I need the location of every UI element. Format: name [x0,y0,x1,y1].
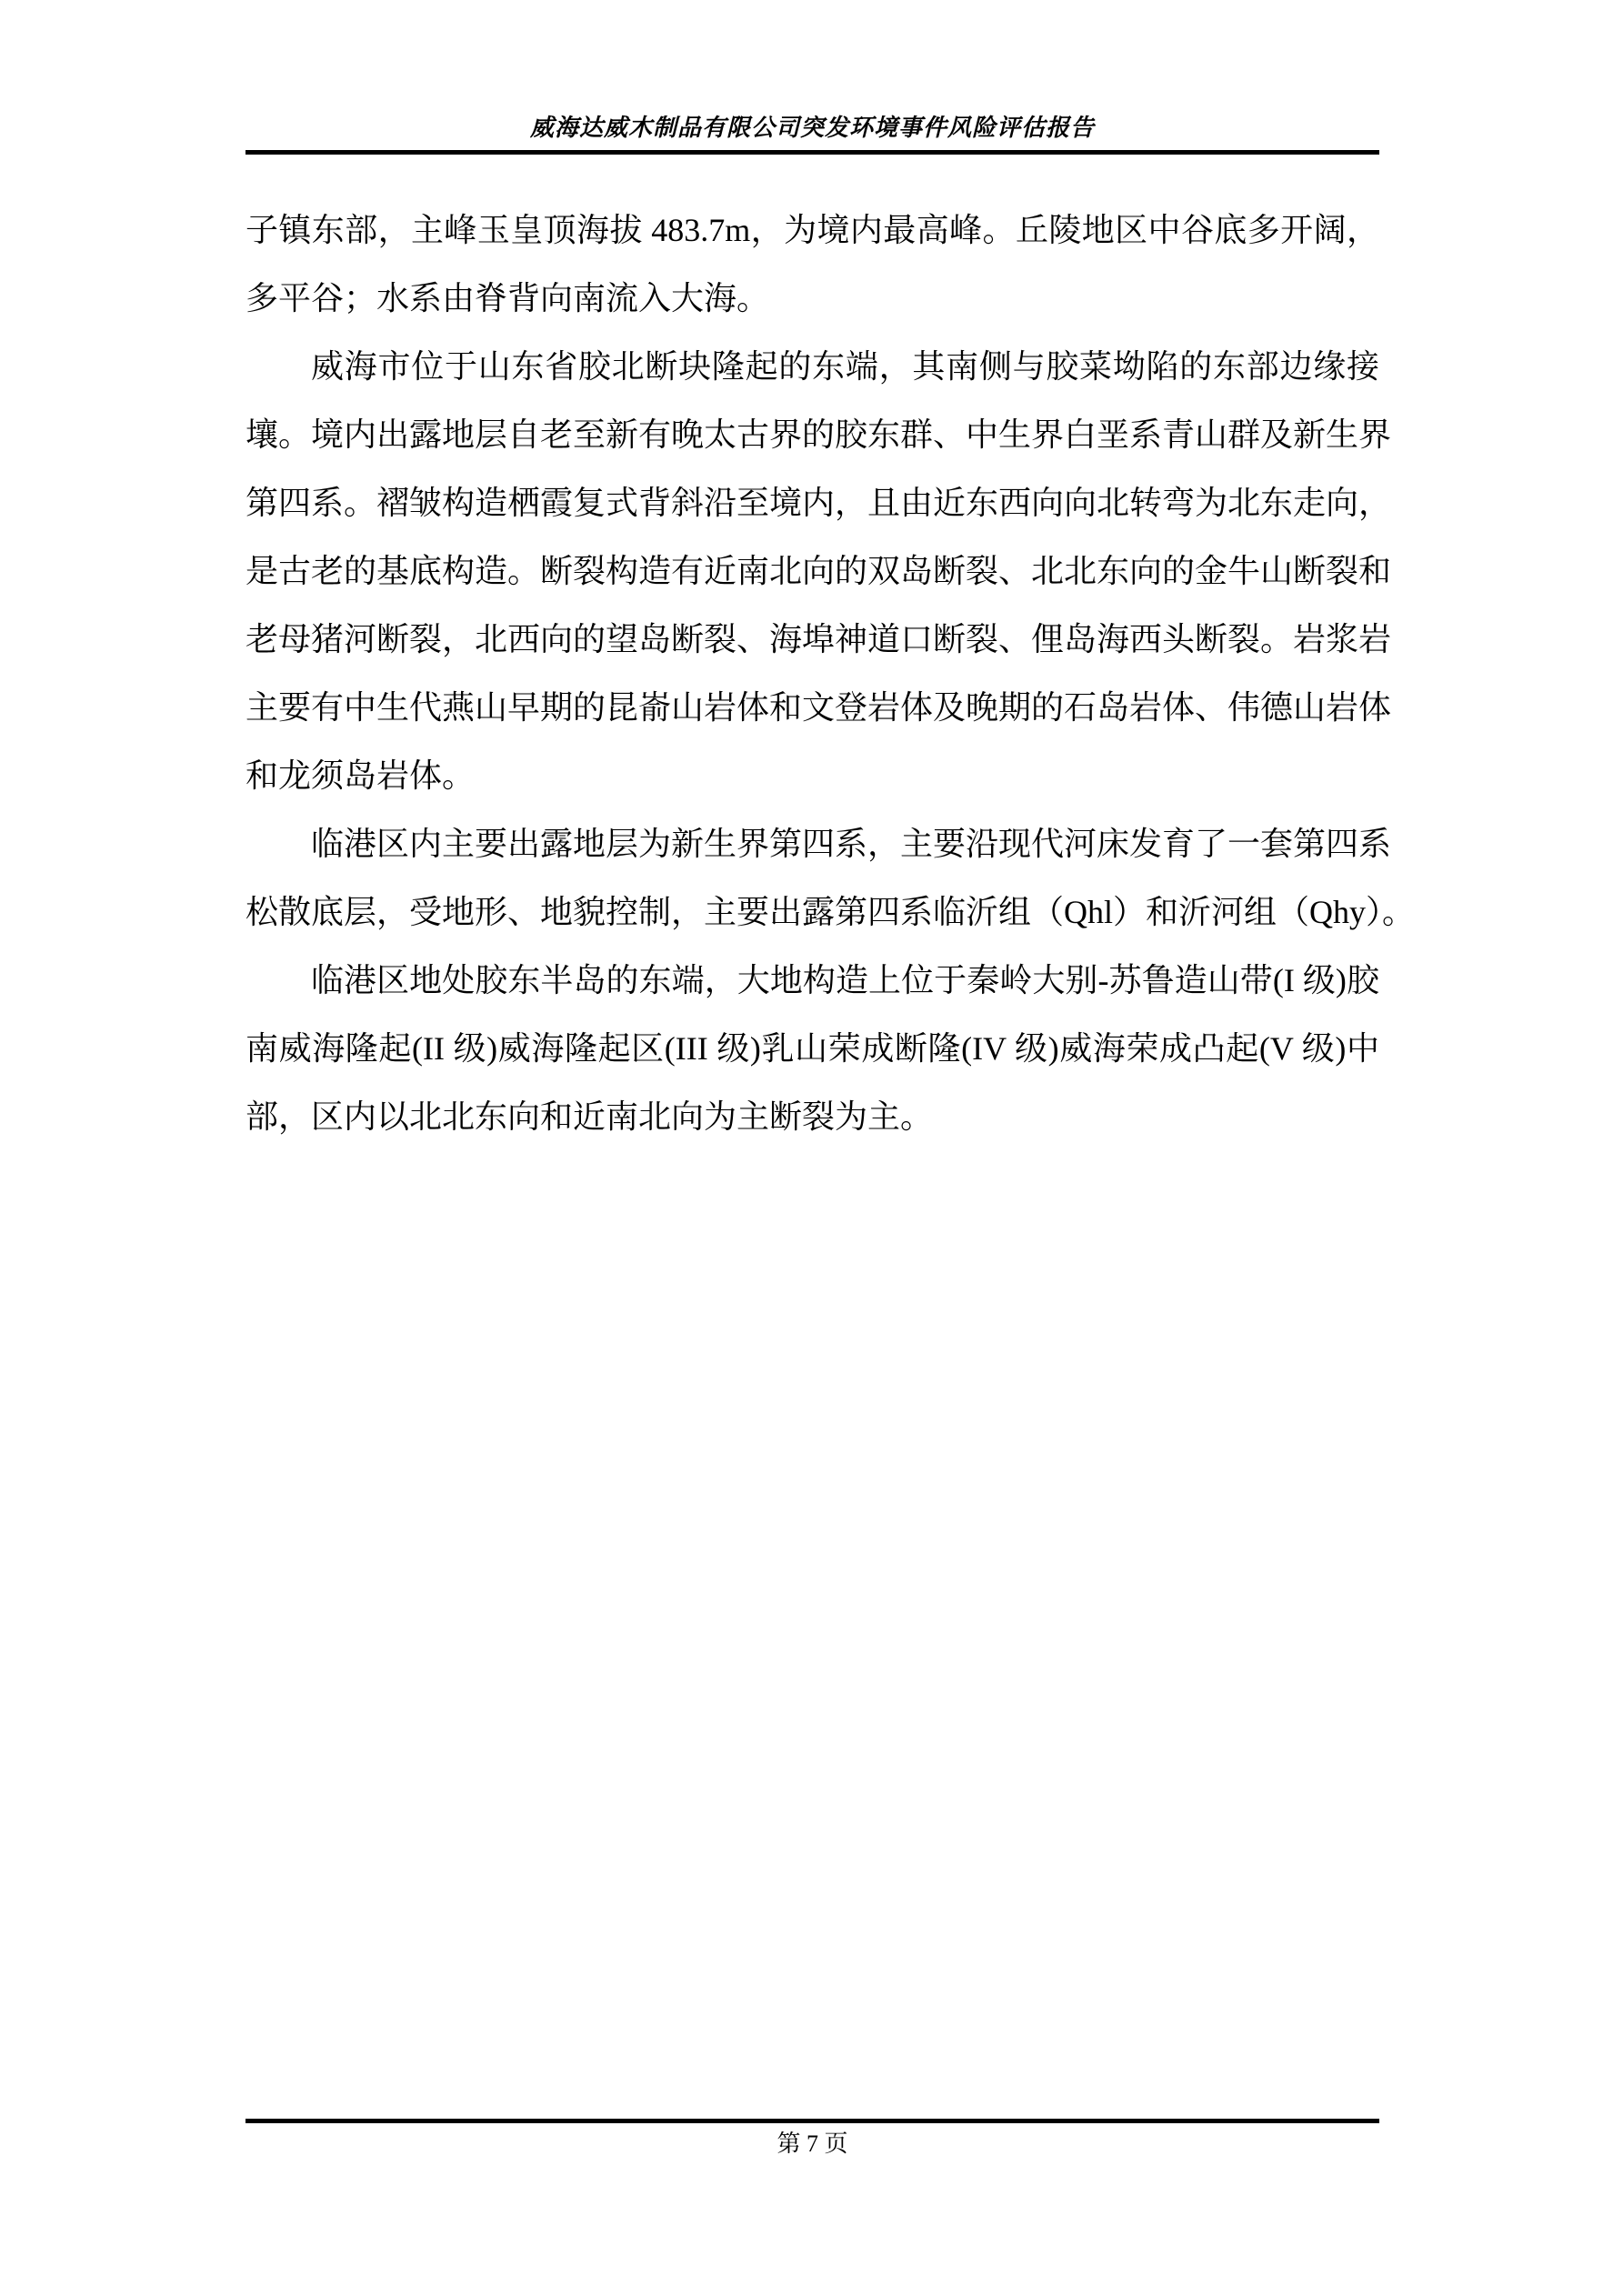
document-page: 威海达威木制品有限公司突发环境事件风险评估报告 子镇东部，主峰玉皇顶海拔 483… [0,0,1623,2296]
body-line: 主要有中生代燕山早期的昆嵛山岩体和文登岩体及晚期的石岛岩体、伟德山岩体 [245,674,1379,742]
header-rule [245,150,1379,155]
paragraph: 临港区内主要出露地层为新生界第四系，主要沿现代河床发育了一套第四系松散底层，受地… [245,810,1379,947]
page-header: 威海达威木制品有限公司突发环境事件风险评估报告 [245,0,1379,155]
paragraph: 子镇东部，主峰玉皇顶海拔 483.7m，为境内最高峰。丘陵地区中谷底多开阔，多平… [245,196,1379,333]
body-line: 子镇东部，主峰玉皇顶海拔 483.7m，为境内最高峰。丘陵地区中谷底多开阔， [245,196,1379,265]
paragraph: 威海市位于山东省胶北断块隆起的东端，其南侧与胶菜坳陷的东部边缘接壤。境内出露地层… [245,333,1379,810]
page-number: 第 7 页 [245,2123,1379,2158]
body-line: 临港区地处胶东半岛的东端，大地构造上位于秦岭大别-苏鲁造山带(I 级)胶 [245,947,1379,1015]
body-line: 和龙须岛岩体。 [245,742,1379,810]
paragraph: 临港区地处胶东半岛的东端，大地构造上位于秦岭大别-苏鲁造山带(I 级)胶南威海隆… [245,947,1379,1151]
body-line: 壤。境内出露地层自老至新有晚太古界的胶东群、中生界白垩系青山群及新生界 [245,401,1379,469]
body-line: 松散底层，受地形、地貌控制，主要出露第四系临沂组（Qhl）和沂河组（Qhy）。 [245,878,1379,947]
body-line: 部，区内以北北东向和近南北向为主断裂为主。 [245,1083,1379,1151]
body-line: 是古老的基底构造。断裂构造有近南北向的双岛断裂、北北东向的金牛山断裂和 [245,537,1379,606]
body-line: 多平谷；水系由脊背向南流入大海。 [245,265,1379,333]
body-line: 威海市位于山东省胶北断块隆起的东端，其南侧与胶菜坳陷的东部边缘接 [245,333,1379,401]
body-line: 老母猪河断裂，北西向的望岛断裂、海埠神道口断裂、俚岛海西头断裂。岩浆岩 [245,606,1379,674]
body-line: 临港区内主要出露地层为新生界第四系，主要沿现代河床发育了一套第四系 [245,810,1379,878]
page-footer: 第 7 页 [245,2119,1379,2158]
body-line: 第四系。褶皱构造栖霞复式背斜沿至境内，且由近东西向向北转弯为北东走向， [245,469,1379,537]
document-body: 子镇东部，主峰玉皇顶海拔 483.7m，为境内最高峰。丘陵地区中谷底多开阔，多平… [245,196,1379,1151]
body-line: 南威海隆起(II 级)威海隆起区(III 级)乳山荣成断隆(IV 级)威海荣成凸… [245,1015,1379,1083]
header-title: 威海达威木制品有限公司突发环境事件风险评估报告 [245,0,1379,144]
